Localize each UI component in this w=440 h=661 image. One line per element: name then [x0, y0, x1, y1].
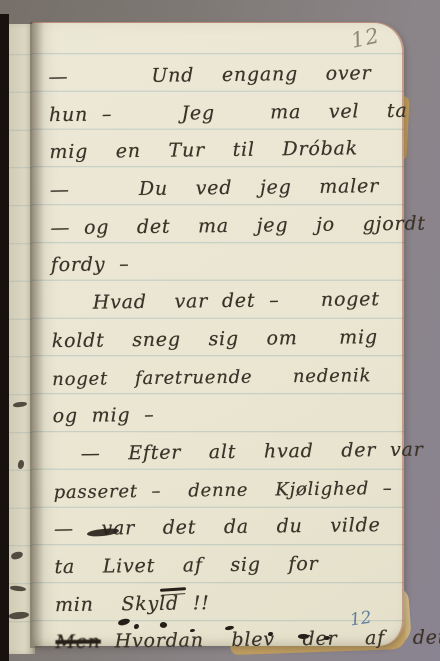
handwritten-text: — Und engang over hun – Jeg ma vel ta mi… [48, 55, 401, 661]
manuscript-line: — Du ved jeg maler [50, 168, 396, 210]
page-number-bottom: 12 [349, 608, 373, 631]
book-spine-edge [0, 14, 9, 661]
manuscript-line: koldt sneg sig om mig [52, 319, 398, 361]
page-number-top: 12 [349, 23, 382, 52]
manuscript-line: passeret – denne Kjølighed – [53, 469, 399, 511]
ink-trace [13, 401, 28, 408]
manuscript-line: og mig – [52, 394, 398, 436]
manuscript-line: — Efter alt hvad der var [53, 432, 399, 474]
manuscript-line: — Und engang over [48, 55, 394, 97]
struck-word: Men [55, 631, 101, 654]
ink-trace [9, 611, 30, 620]
manuscript-line: noget faretruende nedenik [52, 356, 398, 398]
ink-trace [10, 550, 24, 560]
notebook-page: 12 — Und engang over hun – Jeg ma vel ta… [32, 22, 404, 646]
manuscript-line: — og det ma jeg jo gjordt [50, 206, 396, 248]
photo-background: 12 — Und engang over hun – Jeg ma vel ta… [0, 0, 440, 661]
ink-trace [10, 585, 26, 592]
gutter-shadow [30, 22, 44, 648]
manuscript-line: mig en Tur til Dróbak [49, 130, 395, 172]
manuscript-line: fordy – [51, 243, 397, 285]
manuscript-line: ta Livet af sig for [54, 545, 400, 587]
manuscript-line: Hvad var det – noget [51, 281, 397, 323]
ink-trace [17, 459, 25, 469]
manuscript-line: hun – Jeg ma vel ta [49, 93, 395, 135]
manuscript-line-tail: Hvordan blev der af dette [101, 626, 440, 652]
